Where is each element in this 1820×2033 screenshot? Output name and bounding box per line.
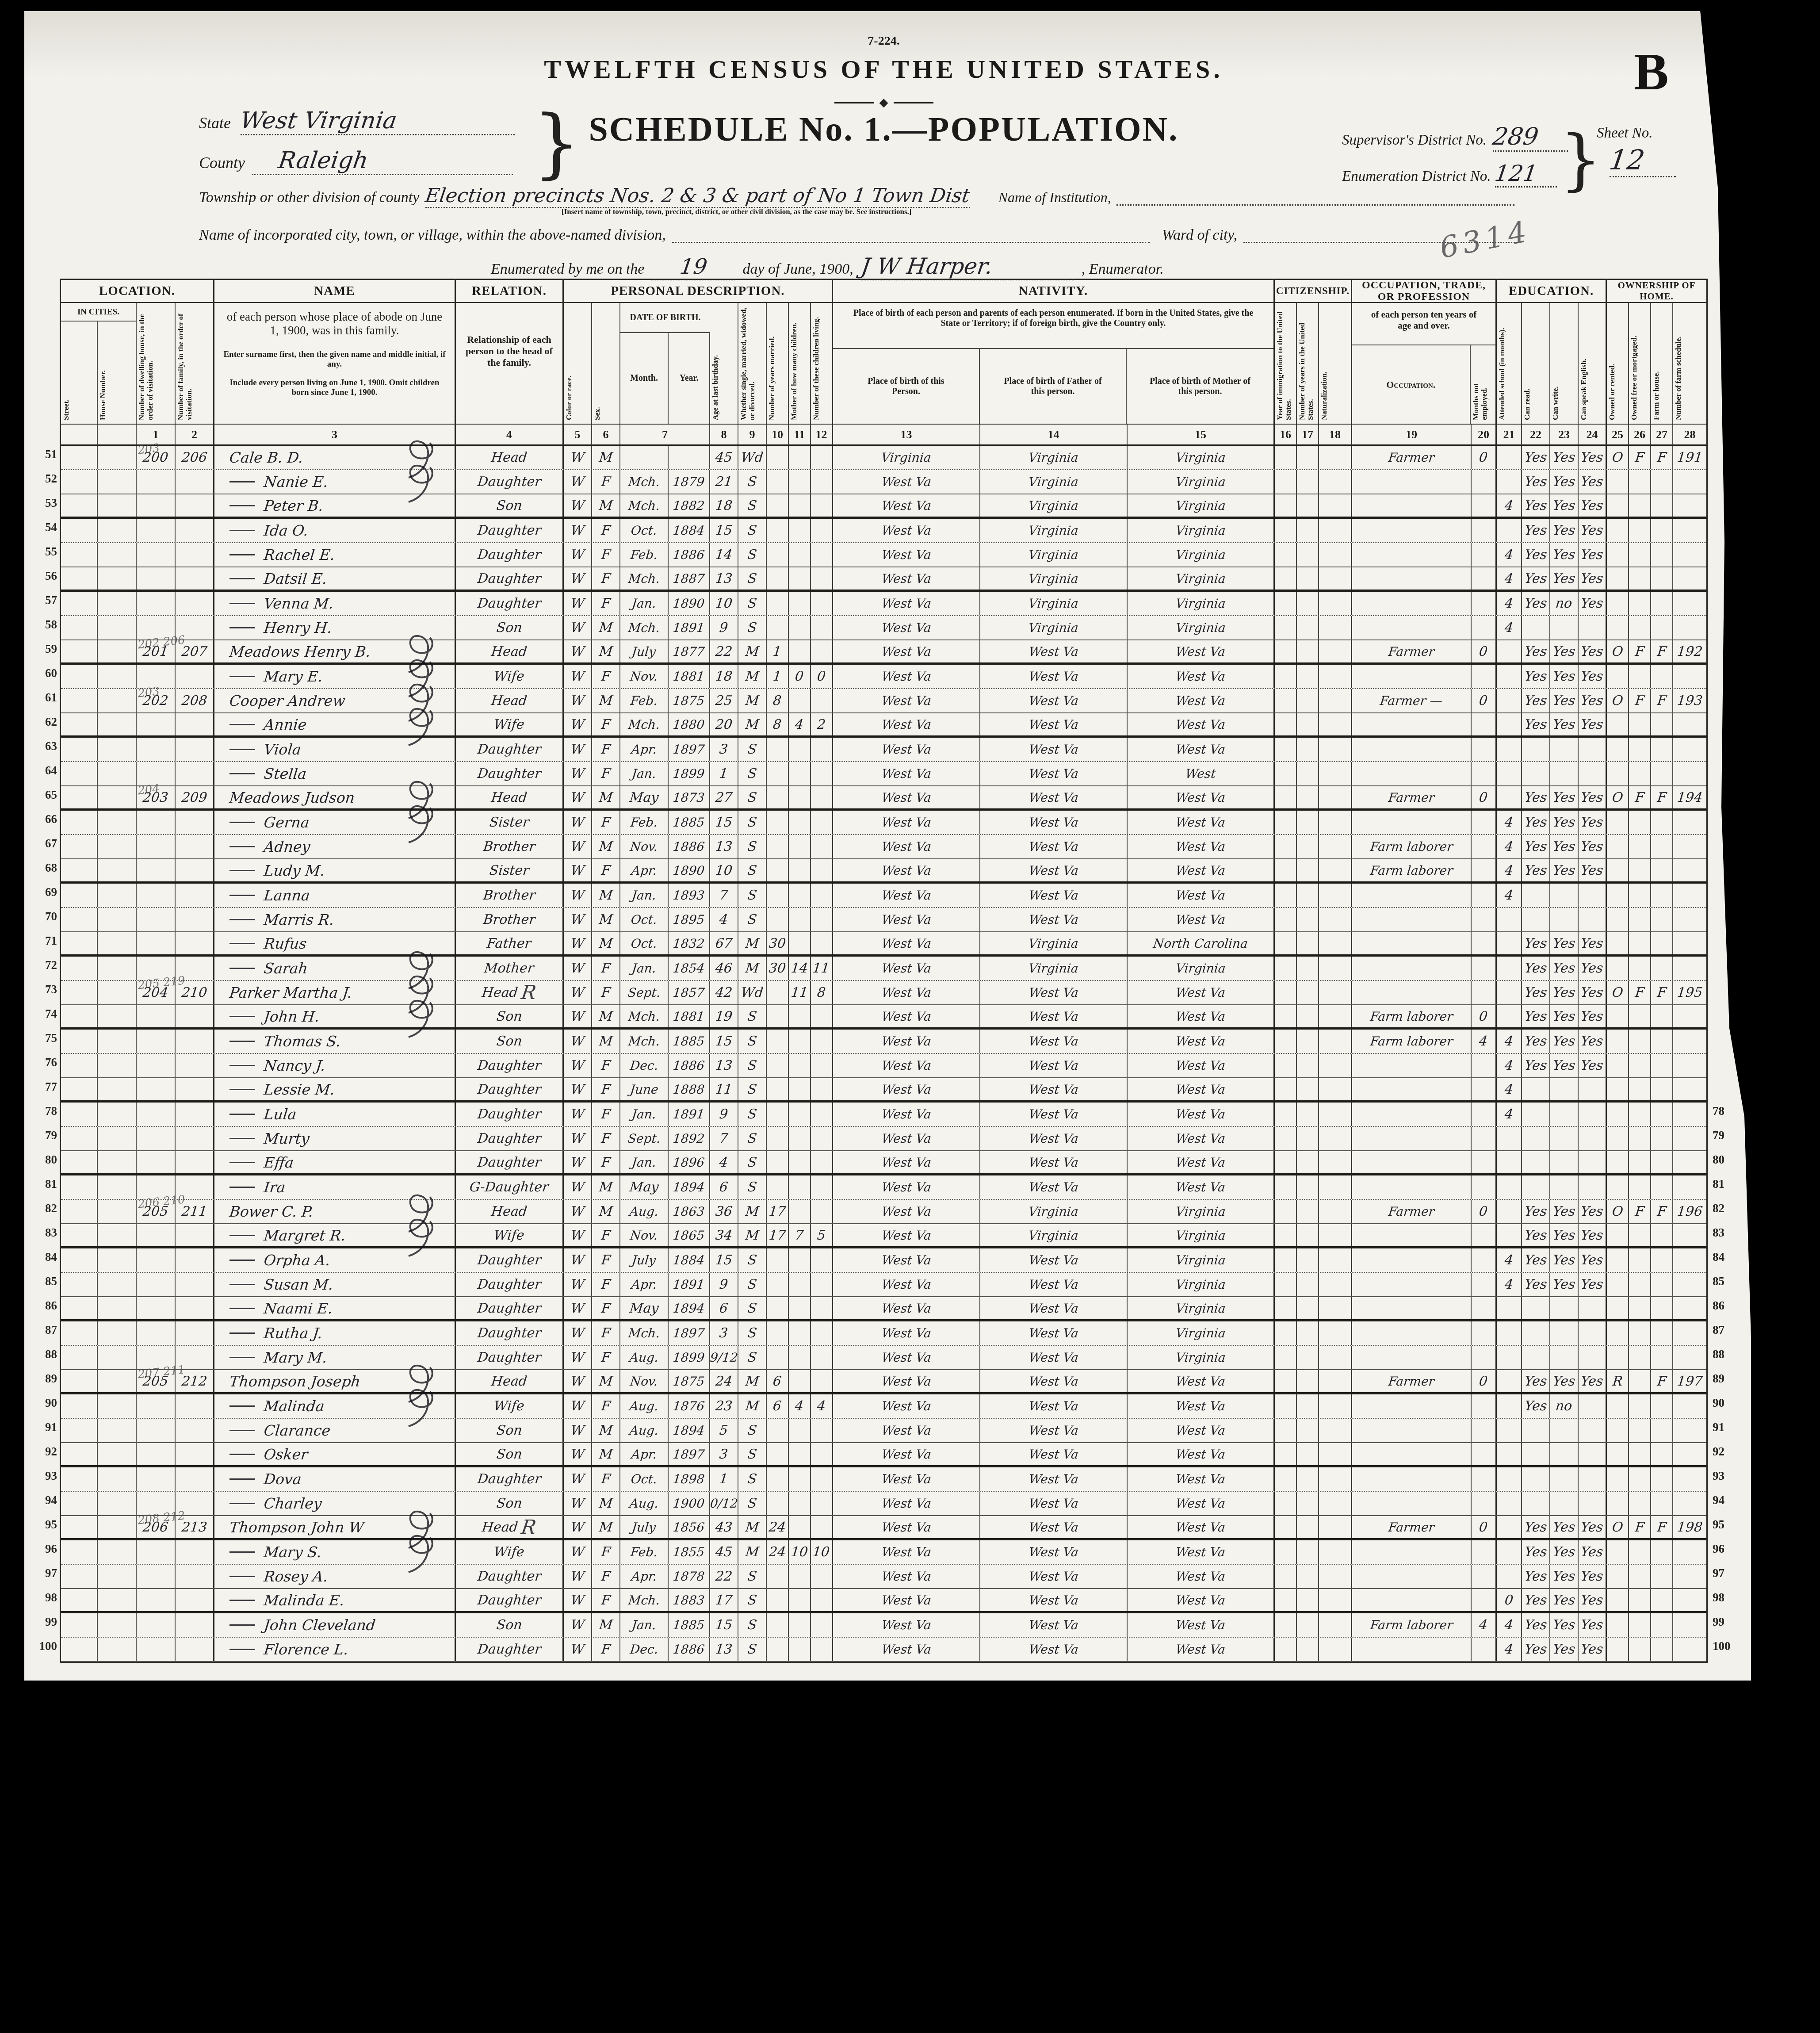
cell-house-number <box>98 1492 137 1515</box>
cell-can-read: Yes <box>1522 1540 1550 1564</box>
line-number: 63 <box>36 734 57 758</box>
cell-house-number <box>98 446 137 469</box>
cell-years-married <box>767 1151 789 1173</box>
cell-sex: F <box>592 957 620 980</box>
cell-years-in-us <box>1297 884 1319 907</box>
cell-attended-school <box>1497 957 1522 980</box>
cell-can-read <box>1522 738 1550 761</box>
line-number: 93 <box>36 1464 57 1488</box>
cell-pob-father: West Va <box>980 1419 1128 1442</box>
cell-can-read: Yes <box>1522 689 1550 712</box>
cell-can-read: Yes <box>1522 1248 1550 1272</box>
table-row: DovaDaughterWFOct.18981SWest VaWest VaWe… <box>61 1467 1706 1492</box>
cell-sex: F <box>592 1103 620 1126</box>
cell-home-owned-rented: O <box>1607 640 1629 662</box>
cell-attended-school <box>1497 1394 1522 1418</box>
cell-can-write <box>1550 1151 1579 1173</box>
cell-attended-school <box>1497 1516 1522 1538</box>
cell-years-married <box>767 567 789 590</box>
cell-immigration-year <box>1275 1370 1297 1392</box>
cell-months-not-employed <box>1472 859 1497 881</box>
ditto-dash <box>229 1357 255 1358</box>
line-number: 100 <box>1710 1634 1731 1658</box>
table-row: CharleySonWMAug.19000/12SWest VaWest VaW… <box>61 1492 1706 1516</box>
cell-farm-schedule-no <box>1673 567 1706 590</box>
cell-marital-status: S <box>738 1467 767 1491</box>
cell-sex: M <box>592 1200 620 1223</box>
cell-months-not-employed <box>1472 1175 1497 1199</box>
cell-marital-status: M <box>738 1394 767 1418</box>
cell-color-race: W <box>564 1419 592 1442</box>
line-number <box>1710 807 1731 831</box>
cell-farm-schedule-no: 193 <box>1673 689 1706 712</box>
population-table: LOCATION. NAME RELATION. PERSONAL DESCRI… <box>60 279 1708 1663</box>
cell-years-in-us <box>1297 470 1319 494</box>
cell-age: 13 <box>710 835 738 858</box>
cell-farm-schedule-no <box>1673 616 1706 639</box>
enumerated-prefix: Enumerated by me on the <box>491 261 644 277</box>
line-number: 73 <box>36 977 57 1002</box>
cell-attended-school <box>1497 908 1522 931</box>
ditto-dash <box>229 968 255 969</box>
cell-attended-school <box>1497 713 1522 735</box>
cell-birth-year: 1885 <box>669 811 710 834</box>
cell-can-write: Yes <box>1550 1589 1579 1611</box>
cell-color-race: W <box>564 1565 592 1588</box>
cell-farm-or-house: F <box>1651 1370 1673 1392</box>
cell-age: 46 <box>710 957 738 980</box>
cell-pob-mother: West Va <box>1128 640 1275 662</box>
cell-attended-school: 0 <box>1497 1589 1522 1611</box>
column-can-speak-english: Can speak English. <box>1579 303 1607 424</box>
cell-pob-father: West Va <box>980 1030 1128 1053</box>
cell-children-born <box>789 446 811 469</box>
cell-pob-person: West Va <box>833 713 980 735</box>
cell-years-married <box>767 1321 789 1345</box>
cell-house-number <box>98 1103 137 1126</box>
cell-street <box>61 1151 98 1173</box>
cell-naturalization <box>1319 665 1352 688</box>
line-number: 86 <box>36 1294 57 1318</box>
sheet-value: 12 <box>1607 144 1647 176</box>
line-number: 55 <box>36 540 57 564</box>
cell-relation: Daughter <box>456 1297 564 1319</box>
cell-farm-or-house: F <box>1651 1200 1673 1223</box>
cell-years-in-us <box>1297 1078 1319 1100</box>
cell-pob-person: West Va <box>833 592 980 615</box>
cell-attended-school: 4 <box>1497 567 1522 590</box>
cell-immigration-year <box>1275 1467 1297 1491</box>
cell-farm-schedule-no <box>1673 859 1706 881</box>
cell-pob-father: Virginia <box>980 494 1128 517</box>
cell-marital-status: M <box>738 1200 767 1223</box>
ditto-dash <box>229 603 255 604</box>
line-number <box>1710 734 1731 758</box>
table-row: EffaDaughterWFJan.18964SWest VaWest VaWe… <box>61 1151 1706 1175</box>
cell-street <box>61 1540 98 1564</box>
cell-attended-school <box>1497 1175 1522 1199</box>
cell-children-born <box>789 786 811 808</box>
cell-sex: M <box>592 1370 620 1392</box>
cell-pob-father: Virginia <box>980 470 1128 494</box>
cell-years-married <box>767 470 789 494</box>
cell-pob-father: West Va <box>980 835 1128 858</box>
cell-years-married: 30 <box>767 932 789 954</box>
cell-relation: Wife <box>456 665 564 688</box>
cell-farm-or-house <box>1651 616 1673 639</box>
cell-birth-month: May <box>620 1297 669 1319</box>
cell-can-read <box>1522 1151 1550 1173</box>
cell-immigration-year <box>1275 957 1297 980</box>
cell-pob-father: Virginia <box>980 932 1128 954</box>
cell-house-number <box>98 908 137 931</box>
cell-months-not-employed <box>1472 1151 1497 1173</box>
cell-house-number <box>98 470 137 494</box>
line-number: 57 <box>36 588 57 613</box>
cell-children-born <box>789 1443 811 1465</box>
cell-children-living <box>811 1103 833 1126</box>
cell-street <box>61 494 98 517</box>
cell-home-free-mortgaged <box>1629 1297 1651 1319</box>
cell-color-race: W <box>564 1321 592 1345</box>
enumerated-mid: day of June, 1900, <box>742 261 853 277</box>
cell-immigration-year <box>1275 1127 1297 1150</box>
cell-naturalization <box>1319 835 1352 858</box>
cell-pob-mother: West Va <box>1128 1175 1275 1199</box>
cell-farm-or-house <box>1651 567 1673 590</box>
cell-years-in-us <box>1297 1248 1319 1272</box>
cell-street <box>61 1613 98 1637</box>
cell-pob-mother: West Va <box>1128 1467 1275 1491</box>
cell-children-living <box>811 835 833 858</box>
cell-home-owned-rented: O <box>1607 446 1629 469</box>
cell-years-in-us <box>1297 1516 1319 1538</box>
cell-house-number <box>98 1273 137 1296</box>
cell-immigration-year <box>1275 1419 1297 1442</box>
cell-sex: F <box>592 1540 620 1564</box>
cell-age: 9/12 <box>710 1346 738 1369</box>
cell-naturalization <box>1319 689 1352 712</box>
cell-farm-schedule-no <box>1673 1005 1706 1027</box>
cell-birth-month: May <box>620 1175 669 1199</box>
cell-farm-or-house: F <box>1651 1516 1673 1538</box>
cell-pob-mother: Virginia <box>1128 957 1275 980</box>
cell-can-read: Yes <box>1522 470 1550 494</box>
cell-can-read: Yes <box>1522 567 1550 590</box>
cell-attended-school: 4 <box>1497 1103 1522 1126</box>
cell-pob-person: West Va <box>833 1273 980 1296</box>
cell-years-married: 1 <box>767 640 789 662</box>
cell-children-born <box>789 1589 811 1611</box>
cell-age: 15 <box>710 1613 738 1637</box>
cell-months-not-employed <box>1472 932 1497 954</box>
cell-immigration-year <box>1275 1103 1297 1126</box>
cell-can-read: Yes <box>1522 446 1550 469</box>
cell-occupation <box>1352 1492 1472 1515</box>
cell-name: Margret R. <box>214 1224 456 1246</box>
cell-naturalization <box>1319 1321 1352 1345</box>
cell-occupation <box>1352 543 1472 567</box>
cell-farm-schedule-no <box>1673 592 1706 615</box>
cell-home-free-mortgaged <box>1629 1565 1651 1588</box>
cell-marital-status: S <box>738 1565 767 1588</box>
cell-children-living <box>811 1443 833 1465</box>
cell-can-speak-english <box>1579 616 1607 639</box>
cell-farm-schedule-no <box>1673 1297 1706 1319</box>
cell-farm-schedule-no: 198 <box>1673 1516 1706 1538</box>
cell-occupation: Farmer — <box>1352 689 1472 712</box>
cell-children-living <box>811 543 833 567</box>
cell-home-owned-rented <box>1607 713 1629 735</box>
cell-years-in-us <box>1297 1127 1319 1150</box>
cell-months-not-employed: 0 <box>1472 1516 1497 1538</box>
city-label: Name of incorporated city, town, or vill… <box>199 227 666 243</box>
state-label: State <box>199 114 231 132</box>
cell-years-in-us <box>1297 1224 1319 1246</box>
cell-children-born <box>789 616 811 639</box>
ditto-dash <box>229 1162 255 1163</box>
cell-street <box>61 1054 98 1077</box>
cell-children-born <box>789 494 811 517</box>
cell-birth-year: 1895 <box>669 908 710 931</box>
cell-home-owned-rented <box>1607 738 1629 761</box>
line-number <box>1710 613 1731 637</box>
cell-children-born: 4 <box>789 713 811 735</box>
table-row: MurtyDaughterWFSept.18927SWest VaWest Va… <box>61 1127 1706 1151</box>
cell-pob-person: West Va <box>833 762 980 785</box>
cell-farm-schedule-no <box>1673 1394 1706 1418</box>
cell-can-read: Yes <box>1522 640 1550 662</box>
cell-street <box>61 1443 98 1465</box>
cell-family-number <box>176 1078 214 1100</box>
ditto-dash <box>229 773 255 774</box>
cell-attended-school <box>1497 1200 1522 1223</box>
cell-pob-person: West Va <box>833 689 980 712</box>
cell-color-race: W <box>564 543 592 567</box>
cell-dwelling-number <box>137 811 176 834</box>
cell-can-write <box>1550 1103 1579 1126</box>
cell-pob-father: West Va <box>980 1103 1128 1126</box>
line-number: 72 <box>36 953 57 977</box>
cell-name: Peter B. <box>214 494 456 517</box>
cell-pob-mother: West Va <box>1128 1589 1275 1611</box>
cell-home-owned-rented <box>1607 859 1629 881</box>
cell-children-living <box>811 494 833 517</box>
cell-years-married <box>767 884 789 907</box>
cell-relation: Wife <box>456 713 564 735</box>
cell-street <box>61 470 98 494</box>
cell-marital-status: M <box>738 1516 767 1538</box>
cell-children-born <box>789 543 811 567</box>
cell-naturalization <box>1319 592 1352 615</box>
line-number <box>1710 442 1731 467</box>
cell-name: Mary E. <box>214 665 456 688</box>
cell-naturalization <box>1319 1613 1352 1637</box>
cell-dwelling-number <box>137 1127 176 1150</box>
cell-attended-school <box>1497 1321 1522 1345</box>
cell-home-owned-rented <box>1607 1273 1629 1296</box>
cell-years-in-us <box>1297 1565 1319 1588</box>
cell-years-married <box>767 592 789 615</box>
cell-marital-status: M <box>738 640 767 662</box>
column-mother-of-children: Mother of how many children. <box>789 303 811 424</box>
cell-relation: Son <box>456 1030 564 1053</box>
cell-pob-mother: West Va <box>1128 1030 1275 1053</box>
cell-dwelling-number <box>137 713 176 735</box>
cell-pob-person: West Va <box>833 1030 980 1053</box>
cell-house-number <box>98 1030 137 1053</box>
cell-months-not-employed <box>1472 519 1497 542</box>
cell-birth-year: 1886 <box>669 1054 710 1077</box>
line-number: 88 <box>36 1342 57 1367</box>
cell-birth-year: 1884 <box>669 1248 710 1272</box>
cell-family-number <box>176 592 214 615</box>
cell-farm-or-house <box>1651 1175 1673 1199</box>
cell-birth-month: Jan. <box>620 592 669 615</box>
cell-house-number <box>98 981 137 1004</box>
table-row: 202 206201207Meadows Henry B.HeadWMJuly1… <box>61 640 1706 665</box>
cell-years-married <box>767 1005 789 1027</box>
cell-marital-status: S <box>738 1078 767 1100</box>
cell-sex: M <box>592 640 620 662</box>
table-row: GernaSisterWFFeb.188515SWest VaWest VaWe… <box>61 811 1706 835</box>
cell-children-living <box>811 1175 833 1199</box>
cell-relation: Son <box>456 1419 564 1442</box>
cell-street <box>61 981 98 1004</box>
cell-name: Nanie E. <box>214 470 456 494</box>
cell-children-born <box>789 1297 811 1319</box>
cell-color-race: W <box>564 811 592 834</box>
cell-children-born <box>789 1273 811 1296</box>
cell-pob-father: West Va <box>980 1589 1128 1611</box>
cell-years-in-us <box>1297 1467 1319 1491</box>
line-number: 89 <box>36 1367 57 1391</box>
cell-naturalization <box>1319 908 1352 931</box>
cell-dwelling-number: 203202 <box>137 689 176 712</box>
cell-family-number <box>176 1103 214 1126</box>
cell-marital-status: S <box>738 1273 767 1296</box>
cell-name: Stella <box>214 762 456 785</box>
cell-months-not-employed <box>1472 470 1497 494</box>
cell-immigration-year <box>1275 640 1297 662</box>
cell-years-married <box>767 616 789 639</box>
cell-naturalization <box>1319 1419 1352 1442</box>
cell-can-read: Yes <box>1522 1394 1550 1418</box>
cell-birth-month: Oct. <box>620 908 669 931</box>
cell-color-race: W <box>564 1297 592 1319</box>
cell-birth-month: Jan. <box>620 762 669 785</box>
cell-name: Rachel E. <box>214 543 456 567</box>
cell-occupation <box>1352 470 1472 494</box>
cell-immigration-year <box>1275 1054 1297 1077</box>
cell-attended-school <box>1497 738 1522 761</box>
ditto-dash <box>229 481 255 482</box>
cell-immigration-year <box>1275 762 1297 785</box>
cell-children-living <box>811 811 833 834</box>
cell-attended-school: 4 <box>1497 543 1522 567</box>
cell-dwelling-number <box>137 567 176 590</box>
cell-farm-schedule-no <box>1673 1078 1706 1100</box>
cell-marital-status: S <box>738 835 767 858</box>
line-number: 65 <box>36 783 57 807</box>
line-number <box>1710 1050 1731 1075</box>
cell-children-born <box>789 762 811 785</box>
ditto-dash <box>229 846 255 847</box>
cell-age: 17 <box>710 1589 738 1611</box>
ditto-dash <box>229 1624 255 1626</box>
cell-house-number <box>98 932 137 954</box>
cell-color-race: W <box>564 1175 592 1199</box>
cell-occupation <box>1352 1248 1472 1272</box>
column-years-in-us: Number of years in the United States. <box>1297 303 1319 424</box>
line-number: 85 <box>36 1269 57 1294</box>
pencil-note: 6314 <box>1437 214 1534 265</box>
cell-years-married <box>767 519 789 542</box>
table-row: Susan M.DaughterWFApr.18919SWest VaWest … <box>61 1273 1706 1297</box>
cell-can-speak-english: Yes <box>1579 786 1607 808</box>
cell-attended-school: 4 <box>1497 494 1522 517</box>
cell-birth-year: 1873 <box>669 786 710 808</box>
cell-children-living <box>811 1030 833 1053</box>
cell-months-not-employed: 4 <box>1472 1613 1497 1637</box>
cell-house-number <box>98 1467 137 1491</box>
cell-sex: F <box>592 738 620 761</box>
cell-months-not-employed <box>1472 616 1497 639</box>
cell-pob-person: West Va <box>833 665 980 688</box>
cell-color-race: W <box>564 1054 592 1077</box>
cell-attended-school <box>1497 640 1522 662</box>
line-number <box>1710 637 1731 661</box>
cell-pob-father: West Va <box>980 1492 1128 1515</box>
cell-attended-school <box>1497 1127 1522 1150</box>
cell-marital-status: S <box>738 1054 767 1077</box>
cell-house-number <box>98 738 137 761</box>
cell-relation: G-Daughter <box>456 1175 564 1199</box>
cell-can-speak-english <box>1579 1443 1607 1465</box>
cell-house-number <box>98 884 137 907</box>
ditto-dash <box>229 895 255 896</box>
cell-naturalization <box>1319 1346 1352 1369</box>
cell-home-free-mortgaged <box>1629 543 1651 567</box>
cell-can-write: Yes <box>1550 567 1579 590</box>
cell-sex: F <box>592 592 620 615</box>
cell-dwelling-number: 203200 <box>137 446 176 469</box>
cell-birth-month: Mch. <box>620 1030 669 1053</box>
cell-birth-year: 1896 <box>669 1151 710 1173</box>
cell-farm-schedule-no: 191 <box>1673 446 1706 469</box>
cell-home-free-mortgaged <box>1629 1248 1651 1272</box>
cell-birth-year: 1900 <box>669 1492 710 1515</box>
cell-months-not-employed <box>1472 1638 1497 1661</box>
cell-home-owned-rented <box>1607 1613 1629 1637</box>
cell-naturalization <box>1319 470 1352 494</box>
cell-occupation <box>1352 1151 1472 1173</box>
cell-dwelling-number <box>137 494 176 517</box>
cell-farm-or-house <box>1651 494 1673 517</box>
cell-color-race: W <box>564 1127 592 1150</box>
cell-street <box>61 932 98 954</box>
cell-pob-person: West Va <box>833 1370 980 1392</box>
cell-farm-or-house <box>1651 835 1673 858</box>
cell-occupation <box>1352 1443 1472 1465</box>
line-number <box>1710 856 1731 880</box>
cell-home-free-mortgaged <box>1629 957 1651 980</box>
line-number: 95 <box>36 1512 57 1537</box>
cell-can-write: Yes <box>1550 519 1579 542</box>
cell-pob-person: West Va <box>833 1321 980 1345</box>
cell-color-race: W <box>564 567 592 590</box>
line-number: 90 <box>36 1391 57 1415</box>
